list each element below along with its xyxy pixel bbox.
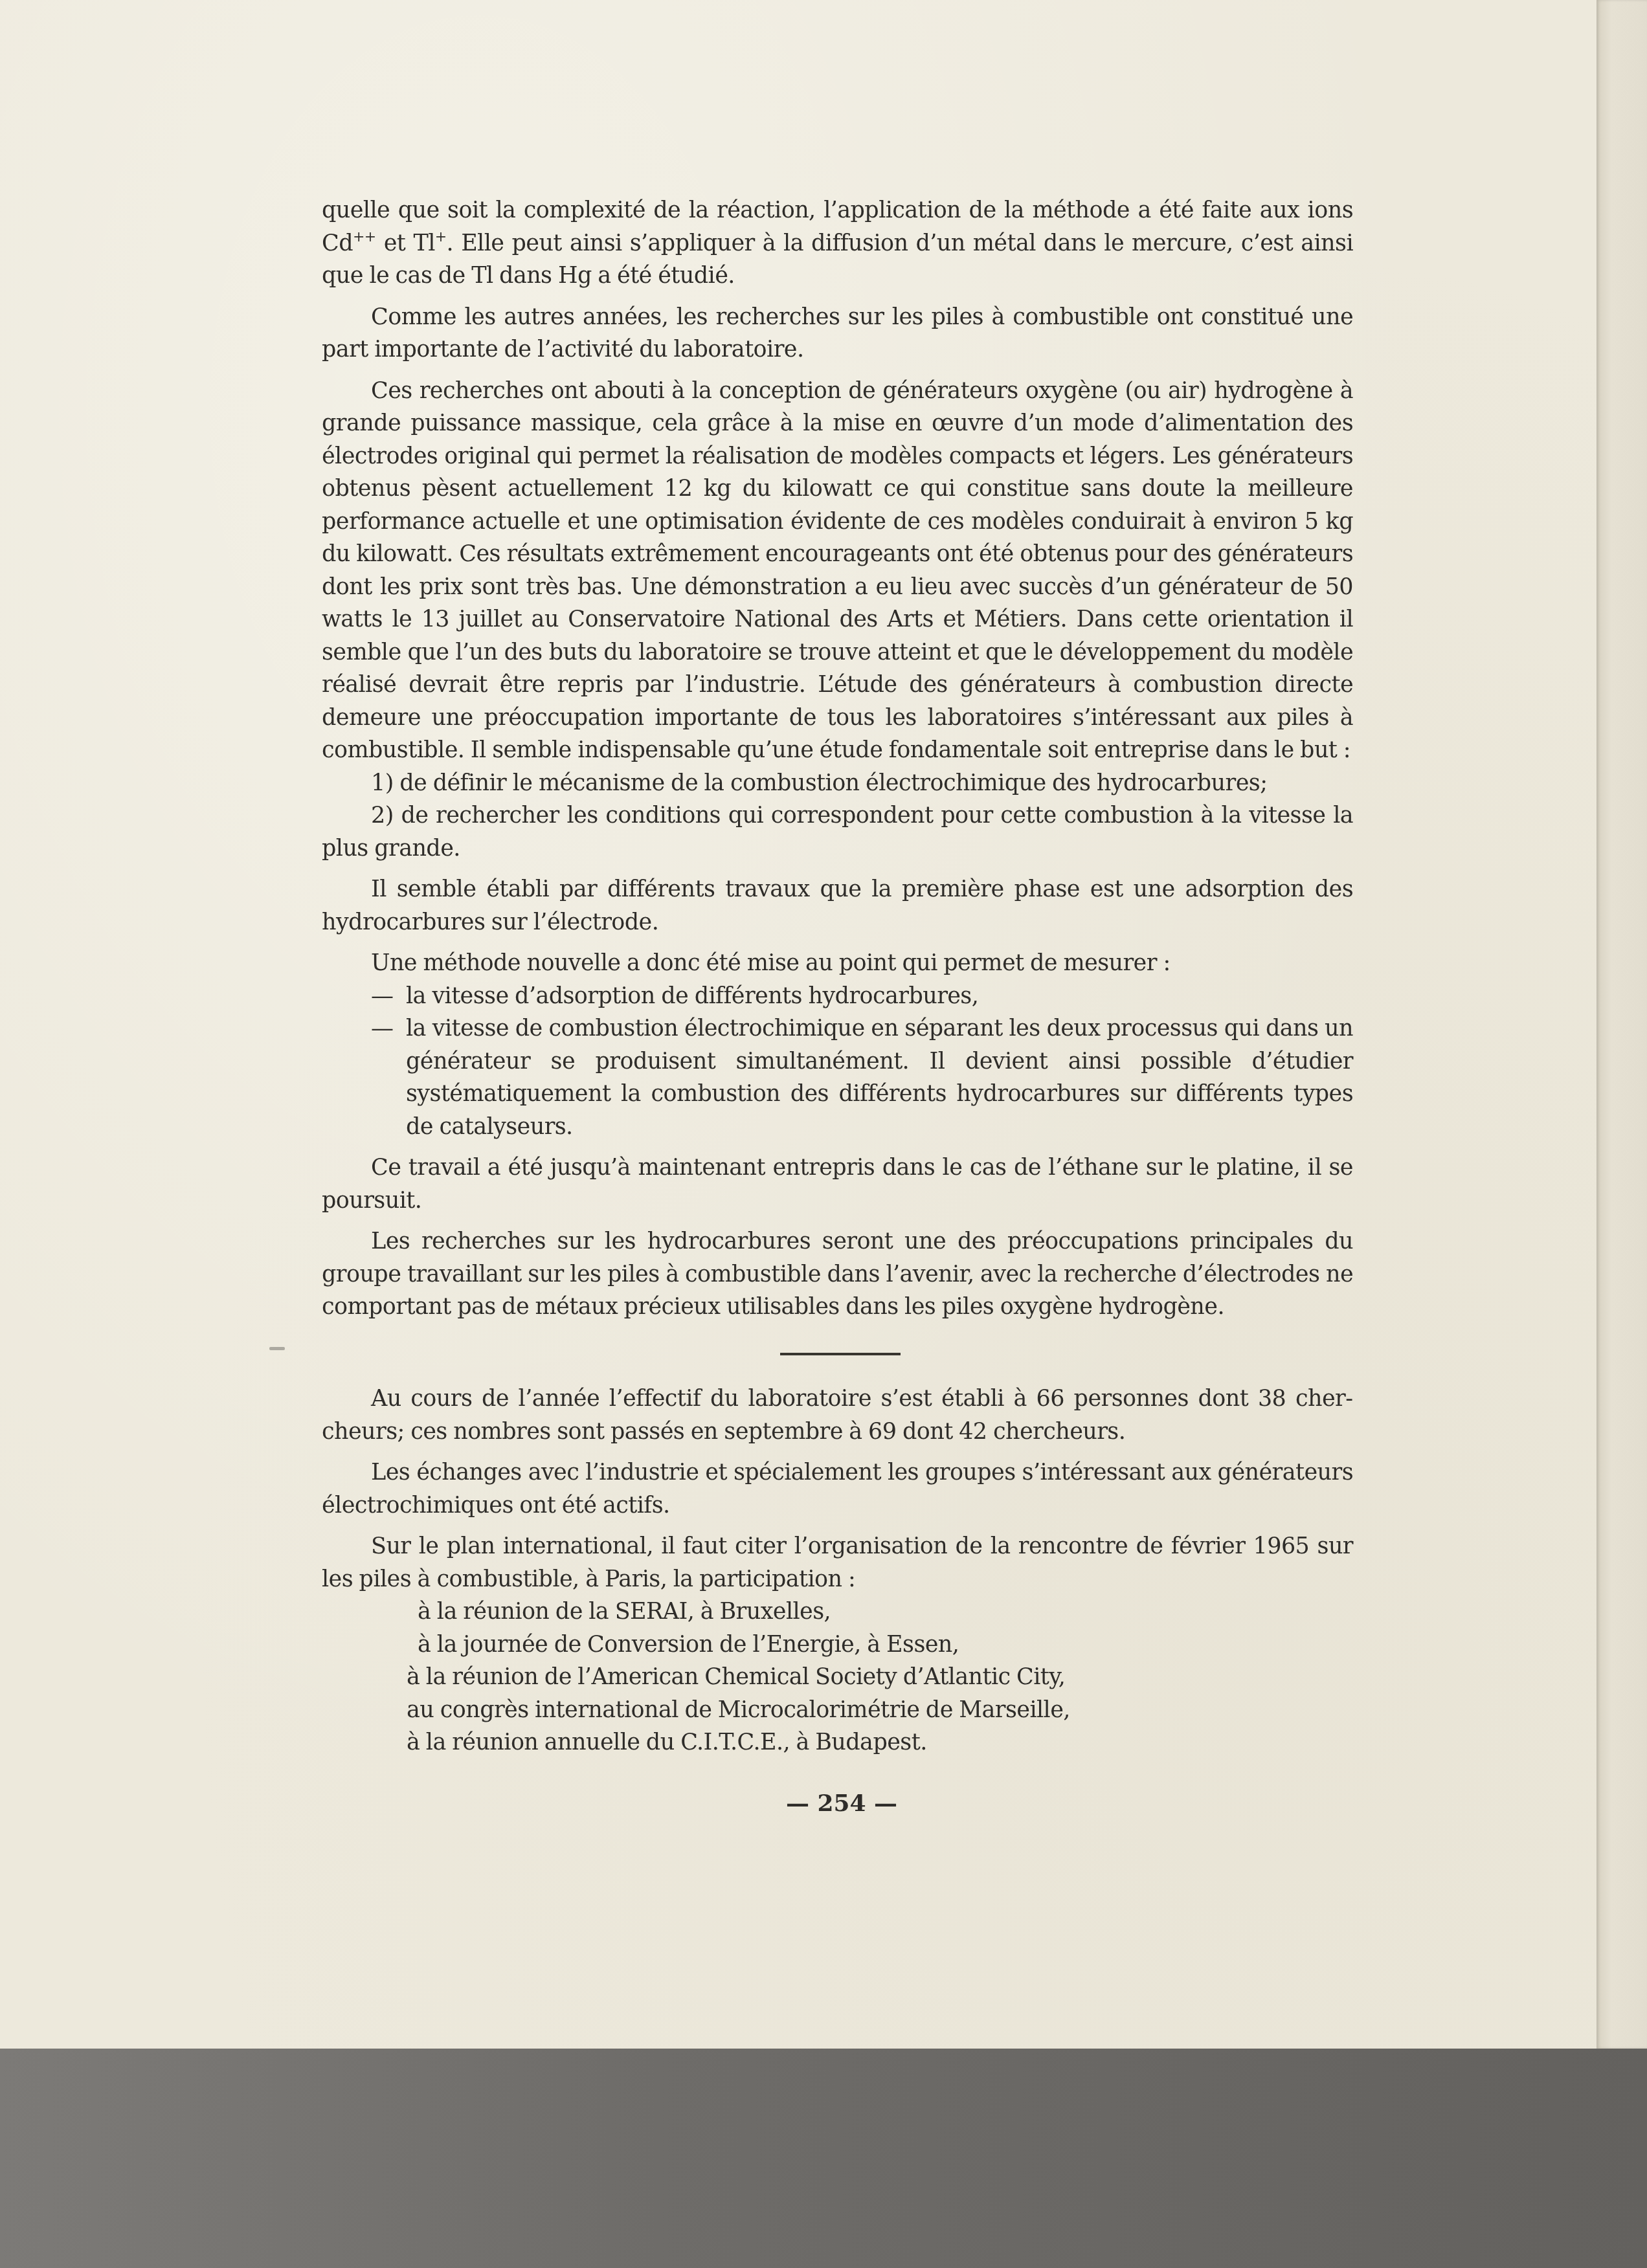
section-fuel-cell-research: quelle que soit la complexité de la réac… (322, 194, 1353, 1332)
venue-item: à la réunion de la SERAI, à Bruxelles, (322, 1595, 1353, 1629)
paragraph-international: Sur le plan international, il faut citer… (322, 1530, 1353, 1595)
document-page: quelle que soit la complexité de la réac… (0, 0, 1597, 2049)
em-dash-bullet: — (371, 980, 393, 1013)
paragraph-fuel-cell-intro: Comme les autres années, les recherches … (322, 301, 1353, 366)
paragraph-ethane-platinum: Ce travail a été jusqu’à maintenant entr… (322, 1151, 1353, 1217)
measures-list: —la vitesse d’adsorption de différents h… (322, 980, 1353, 1144)
measure-item-1: —la vitesse d’adsorption de différents h… (322, 980, 1353, 1013)
cadmium-ion-charge: ++ (353, 229, 376, 245)
underlying-page-edge (1597, 0, 1647, 2049)
goals-list: 1) de définir le mécanisme de la combust… (322, 767, 1353, 865)
paragraph-new-method: Une méthode nouvelle a donc été mise au … (322, 947, 1353, 980)
em-dash-bullet: — (371, 1012, 393, 1045)
goal-item-2: 2) de rechercher les conditions qui corr… (322, 799, 1353, 865)
goal-item-1: 1) de définir le mécanisme de la combust… (322, 767, 1353, 800)
page-number: — 254 — (712, 1790, 971, 1817)
venue-item: à la journée de Conversion de l’Energie,… (322, 1629, 1353, 1662)
section-separator-rule (780, 1353, 901, 1355)
venues-list: à la réunion de la SERAI, à Bruxelles, à… (322, 1595, 1353, 1759)
paragraph-adsorption-phase: Il semble établi par différents travaux … (322, 873, 1353, 939)
venue-item: à la réunion annuelle du C.I.T.C.E., à B… (322, 1726, 1353, 1759)
paragraph-future-research: Les recherches sur les hydrocarbures ser… (322, 1225, 1353, 1324)
venue-item: au congrès international de Microcalorim… (322, 1694, 1353, 1727)
paragraph-industry-exchanges: Les échanges avec l’industrie et spécial… (322, 1456, 1353, 1522)
paragraph-diffusion-method: quelle que soit la complexité de la réac… (322, 194, 1353, 293)
paragraph-staff-numbers: Au cours de l’année l’effectif du labora… (322, 1383, 1353, 1448)
venue-item: à la réunion de l’American Chemical Soci… (322, 1661, 1353, 1694)
section-staff-and-exchanges: Au cours de l’année l’effectif du labora… (322, 1383, 1353, 1759)
scan-artifact-mark (269, 1347, 285, 1350)
scanner-background (0, 2049, 1647, 2268)
measure-item-2: —la vitesse de combustion électrochimiqu… (322, 1012, 1353, 1143)
thallium-ion-charge: + (435, 229, 447, 245)
paragraph-generator-results: Ces recherches ont abouti à la conceptio… (322, 375, 1353, 767)
